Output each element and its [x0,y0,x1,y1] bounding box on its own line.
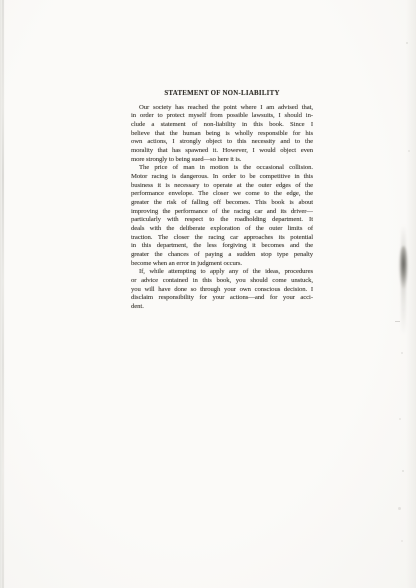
text-line: in order to protect myself from possible… [131,112,313,121]
text-line: or advice contained in this book, you sh… [131,277,313,286]
scan-speck [398,507,401,510]
scan-speck [406,42,408,44]
text-line: If, while attempting to apply any of the… [131,268,313,277]
text-line: own actions, I strongly object to this n… [131,138,313,147]
text-line: deals with the deliberate exploration of… [131,225,313,234]
text-line: performance envelope. The closer we come… [131,190,313,199]
text-block: Our society has reached the point where … [131,104,313,312]
text-line: become when an error in judgment occurs. [131,260,313,269]
text-line: morality that has spawned it. However, I… [131,147,313,156]
text-line: you will have done so through your own c… [131,286,313,295]
text-line: more strongly to being sued—so here it i… [131,156,313,165]
scan-speck [408,150,410,152]
scan-speck [402,470,404,472]
text-line: believe that the human being is wholly r… [131,130,313,139]
text-line: particularly with respect to the roadhol… [131,216,313,225]
text-line: greater the risk of falling off becomes.… [131,199,313,208]
text-line: Motor racing is dangerous. In order to b… [131,173,313,182]
scan-edge-smudge [399,246,408,288]
scan-left-edge-line [2,0,4,588]
text-line: business it is necessary to operate at t… [131,182,313,191]
text-line: clude a statement of non-liability in th… [131,121,313,130]
text-line: improving the performance of the racing … [131,208,313,217]
text-line: greater the chances of paying a sudden s… [131,251,313,260]
text-line: The price of man in motion is the occasi… [131,164,313,173]
scanned-book-page: STATEMENT OF NON-LIABILITY Our society h… [0,0,416,588]
text-line: dent. [131,303,313,312]
page-title: STATEMENT OF NON-LIABILITY [131,90,313,97]
scan-speck [395,321,400,322]
text-line: disclaim responsibility for your actions… [131,294,313,303]
scan-speck [401,540,403,542]
text-line: traction. The closer the racing car appr… [131,234,313,243]
scan-speck [401,352,403,354]
scan-speck [399,418,401,420]
text-line: Our society has reached the point where … [131,104,313,113]
text-line: in this department, the less forgiving i… [131,242,313,251]
